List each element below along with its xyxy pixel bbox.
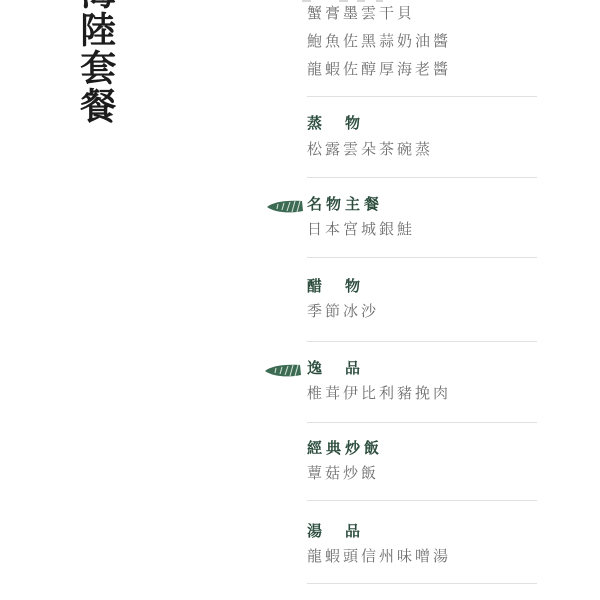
- section-header: 醋 物: [307, 280, 364, 295]
- divider: [307, 500, 537, 501]
- menu-item: 鮑魚佐黑蒜奶油醬: [307, 35, 451, 50]
- divider: [307, 177, 537, 178]
- menu-page: 海陸套餐 蟹膏墨雲干貝 鮑魚佐黑蒜奶油醬 龍蝦佐醇厚海老醬 蒸 物 松露雲朵茶碗…: [0, 0, 600, 600]
- section-header: 蒸 物: [307, 117, 364, 132]
- leaf-icon: [266, 199, 304, 214]
- section-header: 逸 品: [307, 362, 364, 377]
- menu-item: 椎茸伊比利豬挽肉: [307, 387, 451, 402]
- leaf-icon: [264, 363, 302, 378]
- menu-item: 季節冰沙: [307, 305, 379, 320]
- divider: [307, 96, 537, 97]
- section-header: 名物主餐: [307, 198, 383, 213]
- menu-item: 日本宮城銀鮭: [307, 223, 415, 238]
- menu-item: 龍蝦佐醇厚海老醬: [307, 63, 451, 78]
- menu-item: 松露雲朵茶碗蒸: [307, 143, 433, 158]
- section-header: 湯 品: [307, 525, 364, 540]
- divider: [307, 257, 537, 258]
- menu-title: 海陸套餐: [76, 0, 114, 125]
- divider: [307, 341, 537, 342]
- section-header: 經典炒飯: [307, 442, 383, 457]
- menu-item: 龍蝦頭信州味噌湯: [307, 550, 451, 565]
- menu-item: 蟹膏墨雲干貝: [307, 7, 415, 22]
- divider: [307, 583, 537, 584]
- divider: [307, 422, 537, 423]
- menu-item: 蕈菇炒飯: [307, 467, 379, 482]
